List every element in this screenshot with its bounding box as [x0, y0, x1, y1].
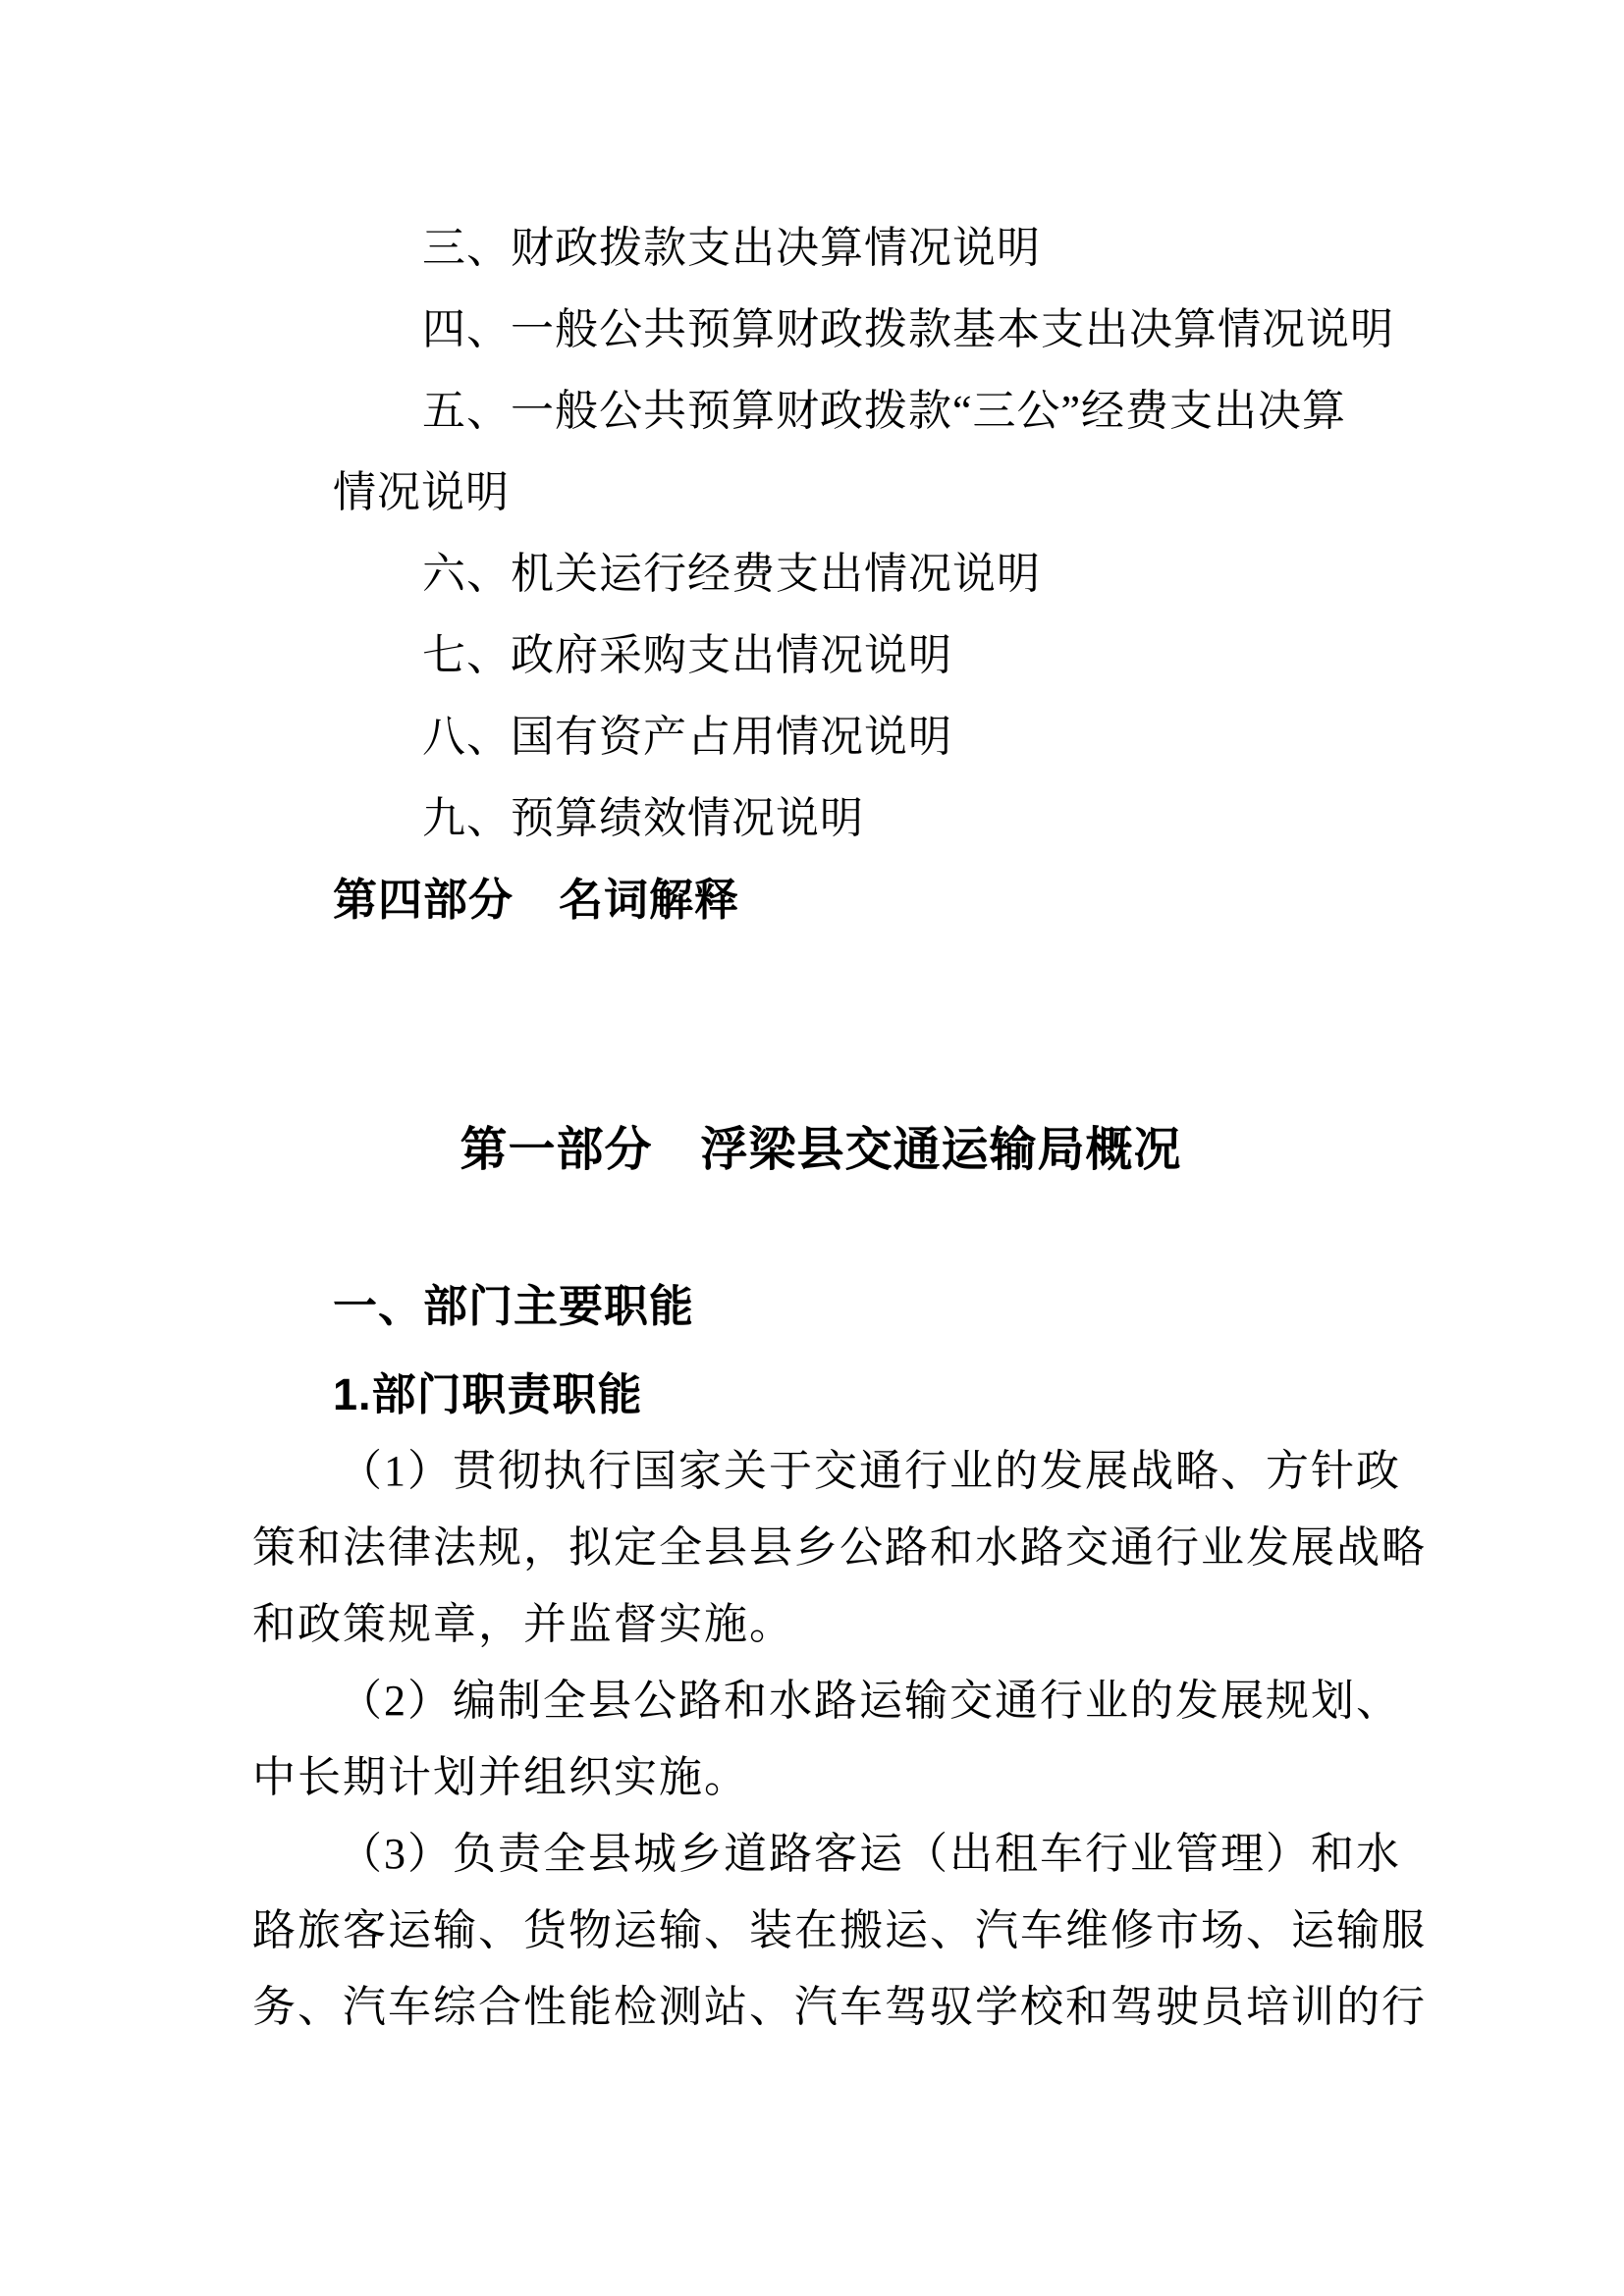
paragraph-3-line-3: 务、汽车综合性能检测站、汽车驾驭学校和驾驶员培训的行 [252, 1969, 1389, 2046]
toc-item-7: 七、政府采购支出情况说明 [333, 614, 1389, 696]
subsection-heading-duties: 1.部门职责职能 [252, 1357, 1389, 1433]
document-page: 三、财政拨款支出决算情况说明 四、一般公共预算财政拨款基本支出决算情况说明 五、… [0, 0, 1624, 2296]
toc-item-8: 八、国有资产占用情况说明 [333, 696, 1389, 777]
part1-title: 第一部分 浮梁县交通运输局概况 [252, 1109, 1389, 1191]
toc-item-6: 六、机关运行经费支出情况说明 [333, 533, 1389, 614]
paragraph-3-line-2: 路旅客运输、货物运输、装在搬运、汽车维修市场、运输服 [252, 1893, 1389, 1969]
paragraph-1-line-1: （1）贯彻执行国家关于交通行业的发展战略、方针政 [252, 1433, 1389, 1510]
paragraph-1-line-2: 策和法律法规，拟定全县县乡公路和水路交通行业发展战略 [252, 1510, 1389, 1586]
page-content: 三、财政拨款支出决算情况说明 四、一般公共预算财政拨款基本支出决算情况说明 五、… [0, 0, 1624, 2046]
toc-item-9: 九、预算绩效情况说明 [333, 777, 1389, 859]
toc-item-3: 三、财政拨款支出决算情况说明 [333, 207, 1389, 289]
table-of-contents: 三、财政拨款支出决算情况说明 四、一般公共预算财政拨款基本支出决算情况说明 五、… [333, 207, 1389, 940]
paragraph-1-line-3: 和政策规章，并监督实施。 [252, 1586, 1389, 1663]
section-heading-main-functions: 一、部门主要职能 [252, 1265, 1389, 1347]
toc-item-5-line-2: 情况说明 [333, 452, 1389, 533]
toc-part4-heading: 第四部分 名词解释 [333, 859, 1389, 940]
toc-item-5-line-1: 五、一般公共预算财政拨款“三公”经费支出决算 [333, 370, 1389, 452]
paragraph-2-line-2: 中长期计划并组织实施。 [252, 1739, 1389, 1816]
paragraph-2: （2）编制全县公路和水路运输交通行业的发展规划、 中长期计划并组织实施。 [252, 1663, 1389, 1816]
paragraph-2-line-1: （2）编制全县公路和水路运输交通行业的发展规划、 [252, 1663, 1389, 1739]
toc-item-4: 四、一般公共预算财政拨款基本支出决算情况说明 [333, 289, 1389, 370]
paragraph-3: （3）负责全县城乡道路客运（出租车行业管理）和水 路旅客运输、货物运输、装在搬运… [252, 1816, 1389, 2046]
paragraph-3-line-1: （3）负责全县城乡道路客运（出租车行业管理）和水 [252, 1816, 1389, 1893]
paragraph-1: （1）贯彻执行国家关于交通行业的发展战略、方针政 策和法律法规，拟定全县县乡公路… [252, 1433, 1389, 1663]
